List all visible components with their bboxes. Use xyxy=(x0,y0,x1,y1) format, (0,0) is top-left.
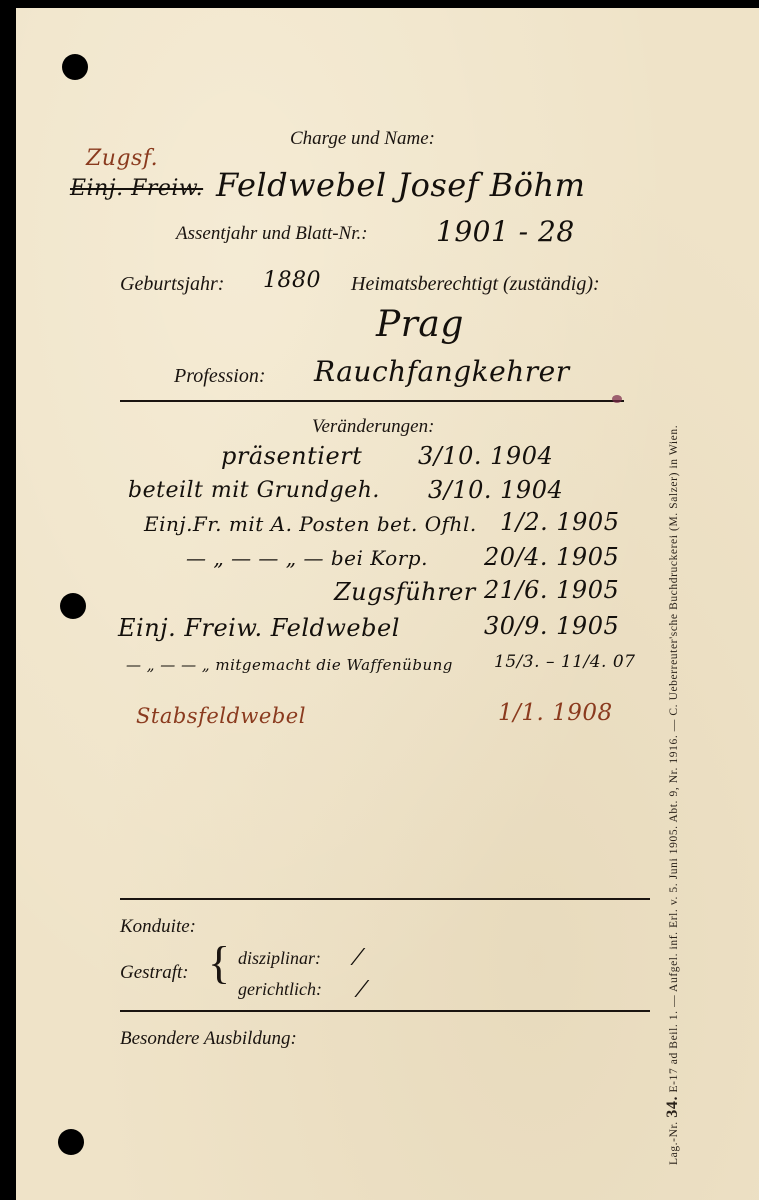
geburtsjahr-value: 1880 xyxy=(263,268,321,293)
change-entry-date: 3/10. 1904 xyxy=(428,476,563,504)
geburtsjahr-label: Geburtsjahr: xyxy=(120,273,224,296)
change-entry-text: beteilt mit Grundgeh. xyxy=(128,478,380,503)
change-entry-date: 21/6. 1905 xyxy=(484,576,619,604)
change-entry-date: 30/9. 1905 xyxy=(484,612,619,640)
lag-nr-value: 34. xyxy=(664,1096,681,1118)
konduite-label: Konduite: xyxy=(120,916,196,938)
profession-label: Profession: xyxy=(174,365,265,388)
change-entry-date: 20/4. 1905 xyxy=(484,543,619,571)
disziplinar-value: ⁄ xyxy=(356,946,360,971)
divider xyxy=(120,1010,650,1012)
military-record-card: Charge und Name: Zugsf. Einj. Freiw. Fel… xyxy=(16,8,759,1200)
veraenderungen-label: Veränderungen: xyxy=(312,416,434,438)
change-entry-date: 3/10. 1904 xyxy=(418,442,553,470)
gerichtlich-value: ⁄ xyxy=(360,978,364,1003)
charge-struck: Einj. Freiw. xyxy=(70,176,203,201)
printer-imprint: Lag.-Nr. 34. E-17 ad Beil. 1. — Aufgel. … xyxy=(664,425,682,1165)
change-entry-text: — „ — — „ mitgemacht die Waffenübung xyxy=(126,656,453,674)
lag-nr-prefix: Lag.-Nr. xyxy=(668,1121,680,1165)
change-entry-date: 1/2. 1905 xyxy=(500,508,619,536)
imprint-text: E-17 ad Beil. 1. — Aufgel. inf. Erl. v. … xyxy=(668,425,680,1093)
change-entry-text: Einj. Freiw. Feldwebel xyxy=(118,614,400,642)
charge-correction: Zugsf. xyxy=(86,146,158,171)
change-entry-text: präsentiert xyxy=(221,442,362,470)
profession-value: Rauchfangkehrer xyxy=(314,355,570,388)
change-entry-text: Zugsführer xyxy=(334,578,476,606)
change-entry-text: Einj.Fr. mit A. Posten bet. Ofhl. xyxy=(144,512,477,536)
besondere-ausbildung-label: Besondere Ausbildung: xyxy=(120,1028,297,1050)
gerichtlich-label: gerichtlich: xyxy=(238,979,322,1000)
assentjahr-value: 1901 - 28 xyxy=(436,215,575,248)
assentjahr-label: Assentjahr und Blatt-Nr.: xyxy=(176,223,368,245)
punch-hole xyxy=(62,54,88,80)
charge-name-label: Charge und Name: xyxy=(290,128,435,150)
heimat-label: Heimatsberechtigt (zuständig): xyxy=(351,273,600,296)
disziplinar-label: disziplinar: xyxy=(238,948,321,969)
divider xyxy=(120,400,624,402)
name-value: Feldwebel Josef Böhm xyxy=(216,166,585,204)
heimat-value: Prag xyxy=(376,304,464,345)
brace: { xyxy=(208,940,230,986)
change-entry-date: 15/3. – 11/4. 07 xyxy=(494,652,636,672)
punch-hole xyxy=(58,1129,84,1155)
change-entry-text: Stabsfeldwebel xyxy=(136,704,306,728)
change-entry-text: — „ — — „ — bei Korp. xyxy=(186,546,428,570)
punch-hole xyxy=(60,593,86,619)
divider xyxy=(120,898,650,900)
gestraft-label: Gestraft: xyxy=(120,962,189,984)
ink-stain xyxy=(612,395,622,403)
change-entry-date: 1/1. 1908 xyxy=(498,700,613,726)
